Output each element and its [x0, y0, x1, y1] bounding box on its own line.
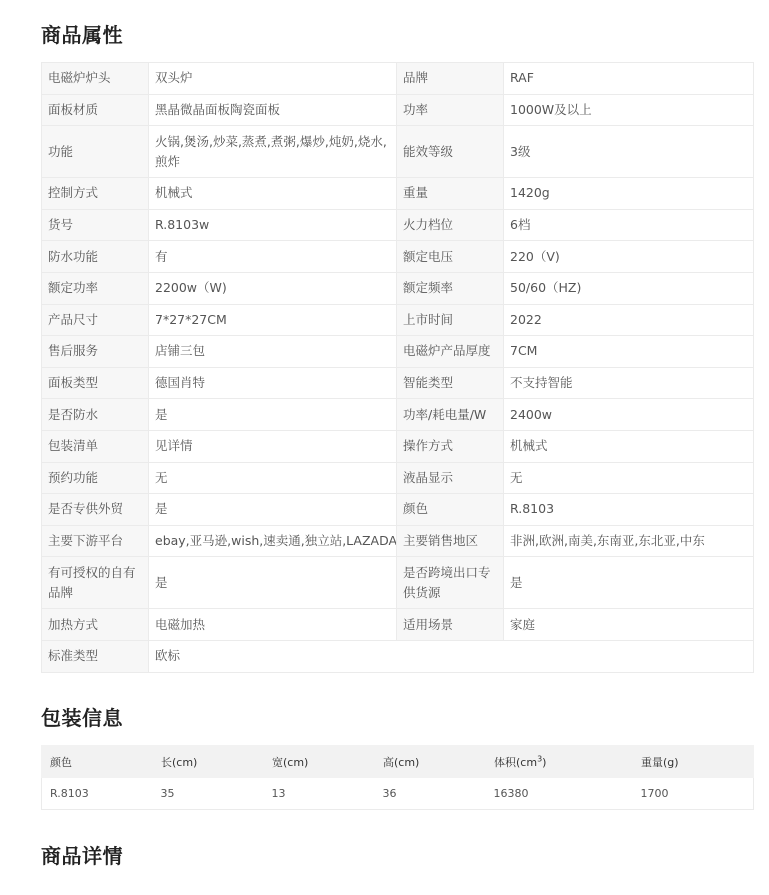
attr-value: 无: [504, 462, 754, 494]
attr-value: 50/60（HZ): [504, 272, 754, 304]
attr-value: 是: [149, 557, 397, 609]
attr-value: RAF: [504, 63, 754, 95]
attr-value: 不支持智能: [504, 367, 754, 399]
attr-key: 功能: [42, 126, 149, 178]
attr-value: 无: [149, 462, 397, 494]
attr-value: 7CM: [504, 336, 754, 368]
attr-value: 1000W及以上: [504, 94, 754, 126]
attr-key: 智能类型: [397, 367, 504, 399]
attr-value: 德国肖特: [149, 367, 397, 399]
attr-value: 是: [149, 494, 397, 526]
attr-key: 货号: [42, 209, 149, 241]
attr-row: 售后服务 店铺三包 电磁炉产品厚度 7CM: [42, 336, 754, 368]
attr-value: 机械式: [149, 178, 397, 210]
attr-row: 是否专供外贸 是 颜色 R.8103: [42, 494, 754, 526]
attr-value: 见详情: [149, 430, 397, 462]
cell-volume: 16380: [486, 778, 633, 810]
attr-key: 面板类型: [42, 367, 149, 399]
attr-value: 2200w（W): [149, 272, 397, 304]
attr-key: 电磁炉产品厚度: [397, 336, 504, 368]
attr-value: 机械式: [504, 430, 754, 462]
attr-value: R.8103: [504, 494, 754, 526]
attr-key: 标准类型: [42, 640, 149, 672]
attr-row: 额定功率 2200w（W) 额定频率 50/60（HZ): [42, 272, 754, 304]
attr-row: 控制方式 机械式 重量 1420g: [42, 178, 754, 210]
attr-value: 是: [149, 399, 397, 431]
attr-key: 液晶显示: [397, 462, 504, 494]
attr-row: 面板材质 黑晶微晶面板陶瓷面板 功率 1000W及以上: [42, 94, 754, 126]
attr-row: 标准类型 欧标: [42, 640, 754, 672]
column-header-width: 宽(cm): [264, 746, 375, 778]
attr-value: 1420g: [504, 178, 754, 210]
attr-value: 6档: [504, 209, 754, 241]
attr-key: 是否防水: [42, 399, 149, 431]
attr-key: 控制方式: [42, 178, 149, 210]
attr-value: 火锅,煲汤,炒菜,蒸煮,煮粥,爆炒,炖奶,烧水,煎炸: [149, 126, 397, 178]
attr-key: 主要销售地区: [397, 525, 504, 557]
attr-value: 2400w: [504, 399, 754, 431]
attr-key: 加热方式: [42, 609, 149, 641]
attr-value: 220（V): [504, 241, 754, 273]
column-header-color: 颜色: [42, 746, 153, 778]
cell-weight: 1700: [633, 778, 754, 810]
attr-value: 是: [504, 557, 754, 609]
attr-key: 面板材质: [42, 94, 149, 126]
attr-key: 适用场景: [397, 609, 504, 641]
attr-row: 加热方式 电磁加热 适用场景 家庭: [42, 609, 754, 641]
attr-key: 是否专供外贸: [42, 494, 149, 526]
attr-row: 预约功能 无 液晶显示 无: [42, 462, 754, 494]
section-title-details: 商品详情: [41, 840, 123, 869]
packaging-table: 颜色 长(cm) 宽(cm) 高(cm) 体积(cm3) 重量(g) R.810…: [41, 745, 754, 810]
column-header-height: 高(cm): [375, 746, 486, 778]
attr-row: 主要下游平台 ebay,亚马逊,wish,速卖通,独立站,LAZADA 主要销售…: [42, 525, 754, 557]
attr-key: 有可授权的自有品牌: [42, 557, 149, 609]
attr-value: 3级: [504, 126, 754, 178]
attr-key: 操作方式: [397, 430, 504, 462]
attr-row: 功能 火锅,煲汤,炒菜,蒸煮,煮粥,爆炒,炖奶,烧水,煎炸 能效等级 3级: [42, 126, 754, 178]
attr-value: 非洲,欧洲,南美,东南亚,东北亚,中东: [504, 525, 754, 557]
attr-row: 有可授权的自有品牌 是 是否跨境出口专供货源 是: [42, 557, 754, 609]
cell-length: 35: [153, 778, 264, 810]
attr-key: 额定功率: [42, 272, 149, 304]
attr-key: 能效等级: [397, 126, 504, 178]
cell-color: R.8103: [42, 778, 153, 810]
attributes-table: 电磁炉炉头 双头炉 品牌 RAF 面板材质 黑晶微晶面板陶瓷面板 功率 1000…: [41, 62, 754, 673]
column-header-length: 长(cm): [153, 746, 264, 778]
attr-row: 电磁炉炉头 双头炉 品牌 RAF: [42, 63, 754, 95]
attr-row: 货号 R.8103w 火力档位 6档: [42, 209, 754, 241]
attr-row: 是否防水 是 功率/耗电量/W 2400w: [42, 399, 754, 431]
attr-key: 上市时间: [397, 304, 504, 336]
attr-row: 包装清单 见详情 操作方式 机械式: [42, 430, 754, 462]
attr-key: 额定电压: [397, 241, 504, 273]
volume-paren: ): [542, 756, 546, 769]
volume-label: 体积(cm: [494, 756, 537, 769]
attr-value: 家庭: [504, 609, 754, 641]
attr-key: 重量: [397, 178, 504, 210]
packaging-row: R.8103 35 13 36 16380 1700: [42, 778, 754, 810]
attr-value: ebay,亚马逊,wish,速卖通,独立站,LAZADA: [149, 525, 397, 557]
attr-key: 功率/耗电量/W: [397, 399, 504, 431]
attr-value: 电磁加热: [149, 609, 397, 641]
attr-row: 防水功能 有 额定电压 220（V): [42, 241, 754, 273]
attr-key: 火力档位: [397, 209, 504, 241]
attr-key: 产品尺寸: [42, 304, 149, 336]
column-header-volume: 体积(cm3): [486, 746, 633, 778]
attr-value: 双头炉: [149, 63, 397, 95]
cell-height: 36: [375, 778, 486, 810]
attr-key: 额定频率: [397, 272, 504, 304]
attr-value: 有: [149, 241, 397, 273]
attr-key: 主要下游平台: [42, 525, 149, 557]
packaging-header-row: 颜色 长(cm) 宽(cm) 高(cm) 体积(cm3) 重量(g): [42, 746, 754, 778]
cell-width: 13: [264, 778, 375, 810]
attr-value: 黑晶微晶面板陶瓷面板: [149, 94, 397, 126]
attr-row: 产品尺寸 7*27*27CM 上市时间 2022: [42, 304, 754, 336]
section-title-attributes: 商品属性: [41, 19, 123, 48]
attr-key: 功率: [397, 94, 504, 126]
attr-value: R.8103w: [149, 209, 397, 241]
attr-key: 电磁炉炉头: [42, 63, 149, 95]
attr-key: 售后服务: [42, 336, 149, 368]
attr-key: 防水功能: [42, 241, 149, 273]
attr-key: 是否跨境出口专供货源: [397, 557, 504, 609]
attr-key: 预约功能: [42, 462, 149, 494]
attr-value: 欧标: [149, 640, 754, 672]
attr-value: 7*27*27CM: [149, 304, 397, 336]
attr-value: 2022: [504, 304, 754, 336]
attr-key: 包装清单: [42, 430, 149, 462]
section-title-packaging: 包装信息: [41, 702, 123, 731]
attr-key: 颜色: [397, 494, 504, 526]
attr-key: 品牌: [397, 63, 504, 95]
attr-value: 店铺三包: [149, 336, 397, 368]
attr-row: 面板类型 德国肖特 智能类型 不支持智能: [42, 367, 754, 399]
column-header-weight: 重量(g): [633, 746, 754, 778]
